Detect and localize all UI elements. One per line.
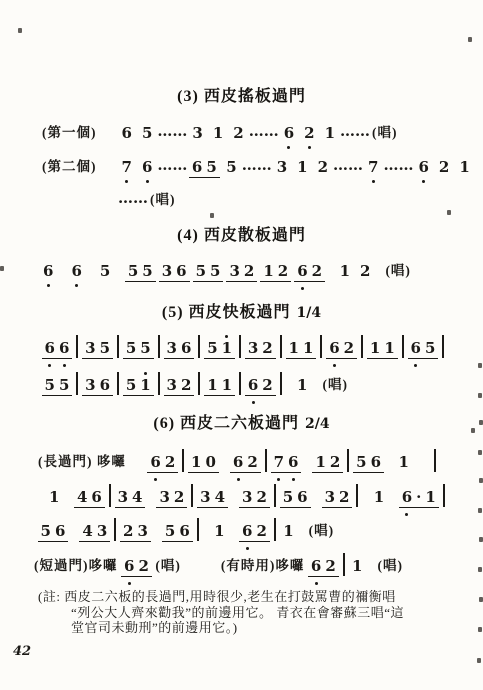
barline (320, 335, 322, 358)
scan-artifact (479, 597, 483, 602)
note-digit: 2 (174, 489, 184, 506)
label-text: (唱) (377, 558, 403, 573)
barline (182, 449, 184, 472)
note-digit: 6 (59, 340, 69, 357)
label-text: (唱) (309, 523, 335, 538)
underline-group: 35 (82, 339, 113, 359)
barline (274, 484, 276, 507)
note-digit: 6 (43, 263, 53, 280)
barline (265, 449, 267, 472)
barline (109, 484, 111, 507)
note-digit: 2 (304, 125, 314, 142)
note-digit: 5 (126, 377, 136, 394)
note-digit: 1 (49, 489, 59, 506)
label-text: (唱) (322, 377, 348, 392)
note-digit: 5 (283, 489, 293, 506)
note-digit: 6 (176, 263, 186, 280)
barline (356, 484, 358, 507)
note-digit: 5 (142, 263, 152, 280)
section-title-4-text: (4) 西皮散板過門 (177, 227, 306, 244)
note-digit: 5 (207, 340, 217, 357)
note-digit: 2 (138, 558, 148, 575)
ellipsis: …… (157, 122, 187, 140)
note-digit: 1 (222, 377, 232, 394)
barline (274, 518, 276, 541)
label-text: (唱) (150, 192, 176, 207)
note-digit: 6 (311, 558, 321, 575)
underline-group: 11 (367, 339, 398, 359)
note-digit: 1 (340, 263, 350, 280)
note-digit: 2 (181, 377, 191, 394)
note-digit: 2 (262, 377, 272, 394)
scan-artifact (479, 478, 483, 483)
underline-group: 32 (156, 488, 187, 508)
underline-group: 56 (38, 522, 69, 542)
note-digit: 5 (206, 159, 216, 176)
note-digit: 6 (45, 340, 55, 357)
note-digit: 6 (371, 454, 381, 471)
note-digit: 3 (242, 489, 252, 506)
barline (117, 335, 119, 358)
ellipsis: …… (383, 156, 413, 174)
note-digit: 3 (277, 159, 287, 176)
underline-group: 23 (120, 522, 151, 542)
note-digit: 2 (123, 523, 133, 540)
underline-group: 12 (312, 453, 343, 473)
note-digit: 2 (165, 454, 175, 471)
note-digit: 1 (303, 340, 313, 357)
note-digit: 2 (439, 159, 449, 176)
underline-group: 62 (239, 522, 270, 542)
barline (114, 518, 116, 541)
notation-line-3-1: (第一個)65……312……621……(唱) (40, 121, 400, 145)
barline (343, 553, 345, 576)
note-digit: 6 (100, 377, 110, 394)
note-digit: 6 (329, 340, 339, 357)
note-digit: 6 (233, 454, 243, 471)
note-digit: 6 (288, 454, 298, 471)
label-text: (第二個) (42, 159, 97, 174)
underline-group: 65 (408, 339, 439, 359)
note-digit: 1 (222, 340, 232, 357)
note-digit: 7 (274, 454, 284, 471)
note-digit: 5 (59, 377, 69, 394)
barline (361, 335, 363, 358)
note-digit: 3 (85, 340, 95, 357)
barline (443, 484, 445, 507)
note-digit: 6 (297, 263, 307, 280)
section-title-3-text: (3) 西皮搖板過門 (177, 88, 306, 105)
underline-group: 32 (164, 376, 195, 396)
note-digit: 1 (289, 340, 299, 357)
section-title-6-text: (6) 西皮二六板過門 (153, 415, 299, 432)
note-digit: 1 (315, 454, 325, 471)
underline-group: 62 (294, 262, 325, 282)
underline-group: 55 (193, 262, 224, 282)
notation-line-4-1: 66555365532126212(唱) (38, 259, 413, 283)
underline-group: 36 (164, 339, 195, 359)
underline-group: 32 (226, 262, 257, 282)
barline (197, 518, 199, 541)
note-digit: 1 (214, 523, 224, 540)
note-digit: 4 (82, 523, 92, 540)
note-digit: 6 (242, 523, 252, 540)
note-digit: 2 (312, 263, 322, 280)
note-digit: 0 (205, 454, 215, 471)
note-digit: 3 (325, 489, 335, 506)
note-digit: 6 (418, 159, 428, 176)
underline-group: 62 (245, 376, 276, 396)
scan-artifact (479, 537, 483, 542)
note-digit: 6 (122, 125, 132, 142)
underline-group: 36 (82, 376, 113, 396)
note-digit: 2 (344, 340, 354, 357)
underline-group: 55 (123, 339, 154, 359)
footnote: (註: 西皮二六板的長過門,用時很少,老生在打鼓罵曹的禰衡唱 “列公大人齊來勸我… (38, 589, 462, 636)
note-digit: 6 (248, 377, 258, 394)
note-digit: 3 (167, 340, 177, 357)
label-text: (唱) (155, 558, 181, 573)
meter-signature-6: 2/4 (305, 416, 330, 432)
note-digit: 1 (297, 159, 307, 176)
section-title-3: (3) 西皮搖板過門 (0, 83, 483, 106)
label-text: (長過門) 哆囉 (38, 454, 126, 469)
note-digit: 3 (159, 489, 169, 506)
ellipsis: …… (249, 122, 279, 140)
label-text: (第一個) (42, 125, 97, 140)
note-digit: 2 (339, 489, 349, 506)
scan-artifact (18, 28, 22, 33)
scan-artifact (471, 428, 475, 433)
underline-group: 56 (280, 488, 311, 508)
footnote-line-2: “列公大人齊來勸我”的前邊用它。 青衣在會審蘇三唱“這 (38, 605, 462, 621)
underline-group: 62 (308, 557, 339, 577)
label-text: (短過門)哆囉 (34, 558, 118, 573)
notation-line-6-3: 564323561621(唱) (36, 518, 336, 542)
scanned-score-page: (3) 西皮搖板過門 (第一個)65……312……621……(唱) (第二個)7… (0, 0, 483, 690)
note-digit: 6 (181, 340, 191, 357)
scan-artifact (0, 266, 4, 271)
note-digit: 6 (124, 558, 134, 575)
note-digit: 1 (263, 263, 273, 280)
scan-artifact (478, 363, 482, 368)
note-digit: 5 (100, 263, 110, 280)
note-digit: 2 (256, 489, 266, 506)
note-digit: 5 (45, 377, 55, 394)
scan-artifact (479, 420, 483, 425)
underline-group: 62 (326, 339, 357, 359)
note-digit: 3 (137, 523, 147, 540)
note-digit: 4 (132, 489, 142, 506)
note-digit: 6 (402, 489, 412, 506)
note-digit: 6 (192, 159, 202, 176)
underline-group: 51 (123, 376, 154, 396)
barline (158, 372, 160, 395)
barline (347, 449, 349, 472)
note-digit: 1 (425, 489, 435, 506)
note-digit: 6 (55, 523, 65, 540)
underline-group: 12 (260, 262, 291, 282)
note-digit: 1 (352, 558, 362, 575)
underline-group: 43 (79, 522, 110, 542)
scan-artifact (447, 210, 451, 215)
note-digit: 2 (233, 125, 243, 142)
footnote-line-3: 堂官司未動刑”的前邊用它。) (38, 620, 462, 636)
note-digit: 3 (200, 489, 210, 506)
underline-group: 11 (204, 376, 235, 396)
scan-artifact (478, 627, 482, 632)
note-digit: 1 (459, 159, 469, 176)
ellipsis: …… (242, 156, 272, 174)
underline-group: 51 (204, 339, 235, 359)
notation-line-6-2: 14634323432563216·1 (44, 484, 447, 508)
meter-signature-5: 1/4 (297, 305, 322, 321)
note-digit: 1 (140, 377, 150, 394)
note-digit: 1 (384, 340, 394, 357)
note-digit: 6 (284, 125, 294, 142)
underline-group: 32 (322, 488, 353, 508)
note-digit: 6 (91, 489, 101, 506)
section-title-5: (5) 西皮快板過門1/4 (0, 299, 483, 322)
notation-line-5-2: 5536513211621(唱) (40, 372, 350, 396)
note-digit: 7 (368, 159, 378, 176)
barline (117, 372, 119, 395)
label-text: (唱) (372, 125, 398, 140)
note-digit: 6 (179, 523, 189, 540)
underline-group: 66 (42, 339, 73, 359)
note-digit: 3 (229, 263, 239, 280)
underline-group: 62 (121, 557, 152, 577)
note-digit: 3 (97, 523, 107, 540)
label-text: (唱) (385, 263, 411, 278)
note-digit: 2 (330, 454, 340, 471)
note-digit: 1 (191, 454, 201, 471)
note-digit: 5 (142, 125, 152, 142)
note-digit: 5 (226, 159, 236, 176)
barline (158, 335, 160, 358)
scan-artifact (468, 37, 472, 42)
note-digit: 5 (165, 523, 175, 540)
barline (191, 484, 193, 507)
underline-group: 36 (159, 262, 190, 282)
barline (198, 335, 200, 358)
note-digit: 6 (297, 489, 307, 506)
scan-artifact (478, 567, 482, 572)
note-digit: 2 (318, 159, 328, 176)
note-digit: 1 (370, 340, 380, 357)
barline (239, 372, 241, 395)
note-digit: 6 (150, 454, 160, 471)
note-digit: 2 (325, 558, 335, 575)
underline-group: 55 (42, 376, 73, 396)
note-digit: 4 (215, 489, 225, 506)
note-digit: 7 (122, 159, 132, 176)
page-number: 42 (13, 644, 31, 659)
section-title-4: (4) 西皮散板過門 (0, 222, 483, 245)
notation-line-5-1: 66355536513211621165 (40, 335, 447, 359)
underline-group: 32 (245, 339, 276, 359)
note-digit: 4 (77, 489, 87, 506)
note-digit: 1 (374, 489, 384, 506)
note-digit: 2 (256, 523, 266, 540)
note-digit: 2 (247, 454, 257, 471)
note-digit: 5 (126, 340, 136, 357)
underline-group: 10 (188, 453, 219, 473)
underline-group: 76 (271, 453, 302, 473)
section-title-6: (6) 西皮二六板過門2/4 (0, 410, 483, 433)
note-digit: 5 (196, 263, 206, 280)
note-digit: 5 (41, 523, 51, 540)
note-digit: 6 (411, 340, 421, 357)
note-digit: 3 (192, 125, 202, 142)
barline (198, 372, 200, 395)
underline-group: 56 (353, 453, 384, 473)
underline-group: 65 (189, 158, 220, 178)
note-digit: 1 (283, 523, 293, 540)
note-digit: 5 (425, 340, 435, 357)
note-digit: 3 (167, 377, 177, 394)
note-digit: 1 (399, 454, 409, 471)
notation-line-3-2: (第二個)76……655……312……7……621 (40, 155, 475, 179)
notation-line-6-4: (短過門)哆囉62(唱)(有時用)哆囉621(唱) (32, 553, 405, 577)
barline (239, 335, 241, 358)
barline (280, 372, 282, 395)
ellipsis: …… (333, 156, 363, 174)
ellipsis: …… (157, 156, 187, 174)
note-digit: 5 (100, 340, 110, 357)
footnote-line-1: (註: 西皮二六板的長過門,用時很少,老生在打鼓罵曹的禰衡唱 (38, 589, 462, 605)
barline (434, 449, 436, 472)
underline-group: 34 (197, 488, 228, 508)
note-digit: 5 (128, 263, 138, 280)
barline (76, 335, 78, 358)
scan-artifact (210, 213, 214, 218)
underline-group: 55 (125, 262, 156, 282)
ellipsis: …… (118, 189, 148, 207)
notation-line-3-3: ……(唱) (118, 188, 178, 212)
note-digit: 3 (162, 263, 172, 280)
note-digit: 5 (140, 340, 150, 357)
section-title-5-text: (5) 西皮快板過門 (162, 304, 291, 321)
note-digit: 2 (244, 263, 254, 280)
underline-group: 46 (74, 488, 105, 508)
note-digit: 2 (278, 263, 288, 280)
note-digit: 3 (248, 340, 258, 357)
note-digit: 3 (118, 489, 128, 506)
note-digit: 1 (297, 377, 307, 394)
note-digit: 1 (213, 125, 223, 142)
barline (76, 372, 78, 395)
underline-group: 62 (147, 453, 178, 473)
barline (402, 335, 404, 358)
note-digit: 1 (207, 377, 217, 394)
note-digit: 5 (210, 263, 220, 280)
ellipsis: …… (340, 122, 370, 140)
scan-artifact (477, 658, 481, 663)
note-digit: 5 (356, 454, 366, 471)
scan-artifact (478, 393, 482, 398)
scan-artifact (478, 450, 482, 455)
note-digit: 6 (71, 263, 81, 280)
underline-group: 32 (239, 488, 270, 508)
notation-line-6-1: (長過門) 哆囉6210627612561 (36, 449, 439, 473)
scan-artifact (478, 508, 482, 513)
underline-group: 34 (115, 488, 146, 508)
note-digit: 6 (142, 159, 152, 176)
underline-group: 6·1 (399, 488, 439, 508)
underline-group: 11 (286, 339, 317, 359)
note-digit: 2 (360, 263, 370, 280)
barline (442, 335, 444, 358)
barline (280, 335, 282, 358)
note-digit: 1 (325, 125, 335, 142)
note-digit: · (416, 489, 421, 506)
note-digit: 2 (262, 340, 272, 357)
note-digit: 3 (85, 377, 95, 394)
label-text: (有時用)哆囉 (221, 558, 305, 573)
underline-group: 56 (162, 522, 193, 542)
underline-group: 62 (230, 453, 261, 473)
